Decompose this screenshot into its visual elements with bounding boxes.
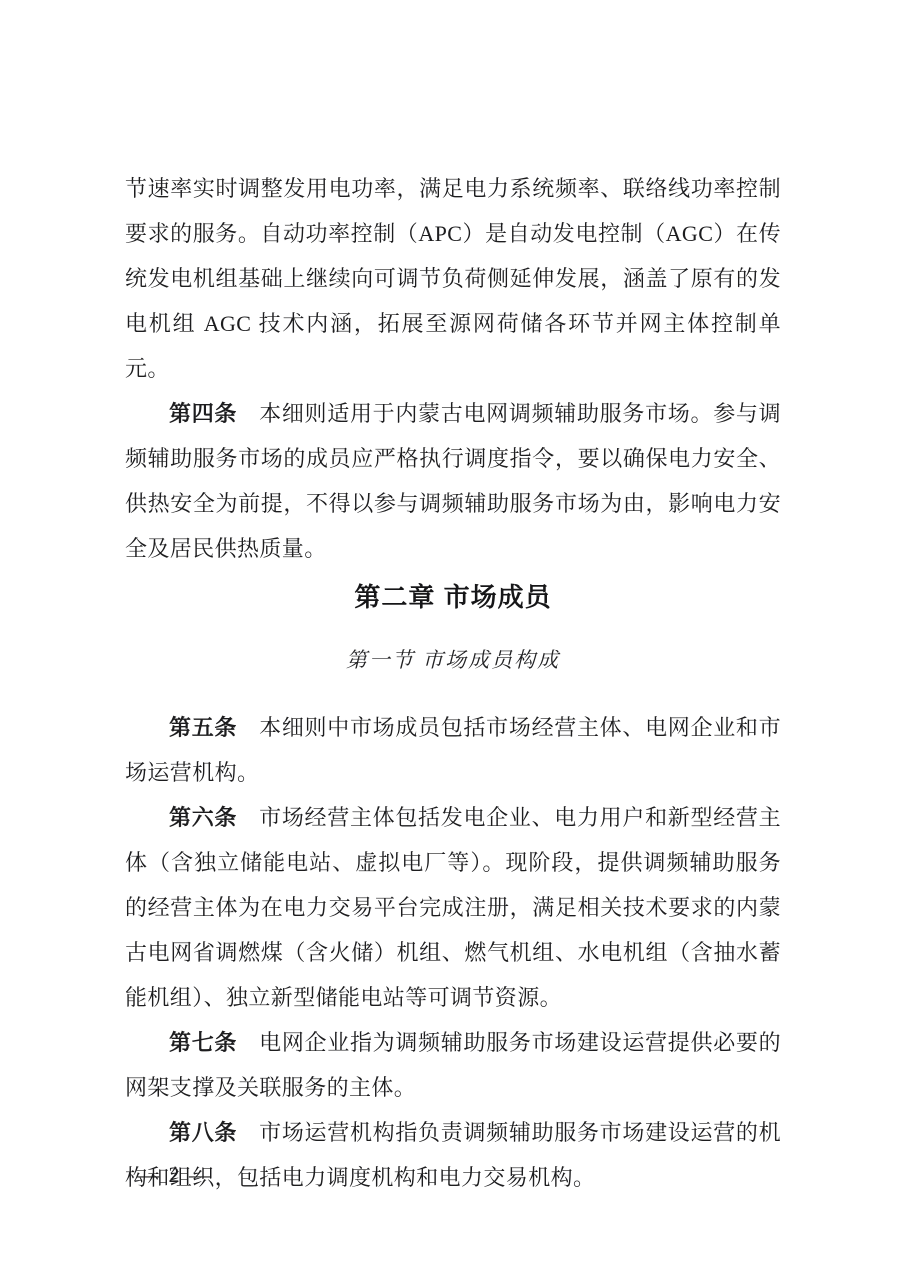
document-page: 节速率实时调整发用电功率，满足电力系统频率、联络线功率控制要求的服务。自动功率控… [0, 0, 900, 1272]
article-5-paragraph: 第五条本细则中市场成员包括市场经营主体、电网企业和市场运营机构。 [125, 705, 781, 795]
article-number: 第五条 [169, 715, 237, 740]
article-number: 第七条 [169, 1030, 237, 1055]
page-footer: — 2 — [137, 1160, 213, 1190]
article-8-paragraph: 第八条市场运营机构指负责调频辅助服务市场建设运营的机构和组织，包括电力调度机构和… [125, 1110, 781, 1200]
section-heading: 第一节 市场成员构成 [125, 641, 781, 679]
chapter-heading: 第二章 市场成员 [125, 577, 781, 617]
articles-block: 第五条本细则中市场成员包括市场经营主体、电网企业和市场运营机构。 第六条市场经营… [125, 705, 781, 1200]
paragraph-text: 市场经营主体包括发电企业、电力用户和新型经营主体（含独立储能电站、虚拟电厂等）。… [125, 805, 781, 1010]
article-4-paragraph: 第四条本细则适用于内蒙古电网调频辅助服务市场。参与调频辅助服务市场的成员应严格执… [125, 391, 781, 571]
article-number: 第四条 [169, 401, 237, 426]
paragraph-continuation: 节速率实时调整发用电功率，满足电力系统频率、联络线功率控制要求的服务。自动功率控… [125, 166, 781, 391]
article-6-paragraph: 第六条市场经营主体包括发电企业、电力用户和新型经营主体（含独立储能电站、虚拟电厂… [125, 795, 781, 1020]
article-number: 第六条 [169, 805, 237, 830]
page-number: — 2 — [137, 1162, 213, 1187]
paragraph-text: 节速率实时调整发用电功率，满足电力系统频率、联络线功率控制要求的服务。自动功率控… [125, 176, 781, 381]
article-7-paragraph: 第七条电网企业指为调频辅助服务市场建设运营提供必要的网架支撑及关联服务的主体。 [125, 1020, 781, 1110]
article-number: 第八条 [169, 1120, 237, 1145]
document-body: 节速率实时调整发用电功率，满足电力系统频率、联络线功率控制要求的服务。自动功率控… [125, 166, 781, 1200]
